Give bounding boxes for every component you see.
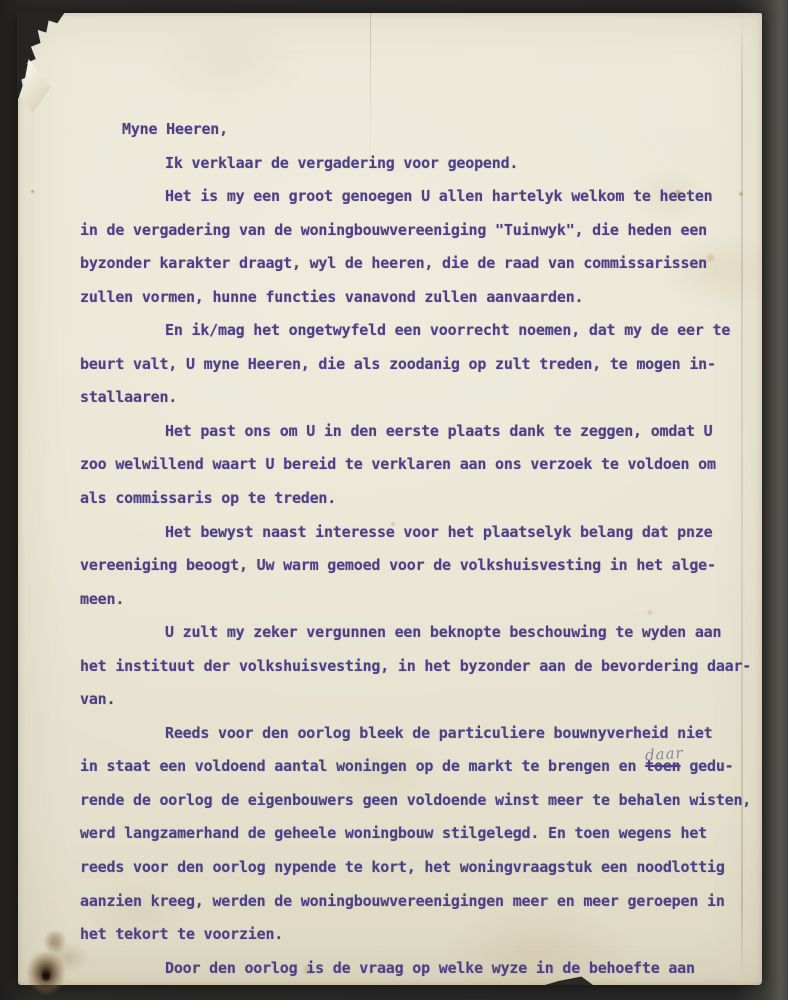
typed-line: werd langzamerhand de geheele woningbouw…: [80, 817, 772, 851]
typed-line: Het past ons om U in den eerste plaats d…: [80, 415, 772, 449]
typed-line: meen.: [80, 583, 772, 617]
torn-corner-flap: [19, 59, 51, 113]
typed-text: in staat een voldoend aantal woningen op…: [80, 757, 645, 775]
typed-line: byzonder karakter draagt, wyl de heeren,…: [80, 247, 772, 281]
typed-line: beurt valt, U myne Heeren, die als zooda…: [80, 348, 772, 382]
typed-line: het tekort te voorzien.: [80, 918, 772, 952]
torn-corner-cutout: [17, 12, 65, 106]
rust-speck: [30, 189, 35, 194]
typed-line: van.: [80, 683, 772, 717]
typed-line: stallaaren.: [80, 381, 772, 415]
struck-word: daartoen: [645, 757, 680, 775]
typed-line: En ik/mag het ongetwyfeld een voorrecht …: [80, 314, 772, 348]
typed-line: aanzien kreeg, werden de woningbouwveree…: [80, 885, 772, 919]
letter-text: Myne Heeren, Ik verklaar de vergadering …: [80, 113, 772, 985]
typed-line: zullen vormen, hunne functies vanavond z…: [80, 281, 772, 315]
typed-line: het instituut der volkshuisvesting, in h…: [80, 650, 772, 684]
typed-line-with-correction: in staat een voldoend aantal woningen op…: [80, 750, 772, 784]
typed-line: U zult my zeker vergunnen een beknopte b…: [80, 616, 772, 650]
typed-line: Door den oorlog is de vraag op welke wyz…: [80, 952, 772, 986]
typed-line: Ik verklaar de vergadering voor geopend.: [80, 147, 772, 181]
letter-page: Myne Heeren, Ik verklaar de vergadering …: [18, 13, 762, 985]
typed-text: gedu-: [681, 757, 734, 775]
typed-line: in de vergadering van de woningbouwveree…: [80, 214, 772, 248]
typed-line: Het is my een groot genoegen U allen har…: [80, 180, 772, 214]
typed-line: Het bewyst naast interesse voor het plaa…: [80, 516, 772, 550]
salutation-line: Myne Heeren,: [80, 113, 772, 147]
typed-line: rende de oorlog de eigenbouwers geen vol…: [80, 784, 772, 818]
typed-line: reeds voor den oorlog nypende te kort, h…: [80, 851, 772, 885]
handwritten-correction: daar: [644, 737, 685, 773]
typed-line: zoo welwillend waart U bereid te verklar…: [80, 448, 772, 482]
typed-line: vereeniging beoogt, Uw warm gemoed voor …: [80, 549, 772, 583]
typed-line: als commissaris op te treden.: [80, 482, 772, 516]
